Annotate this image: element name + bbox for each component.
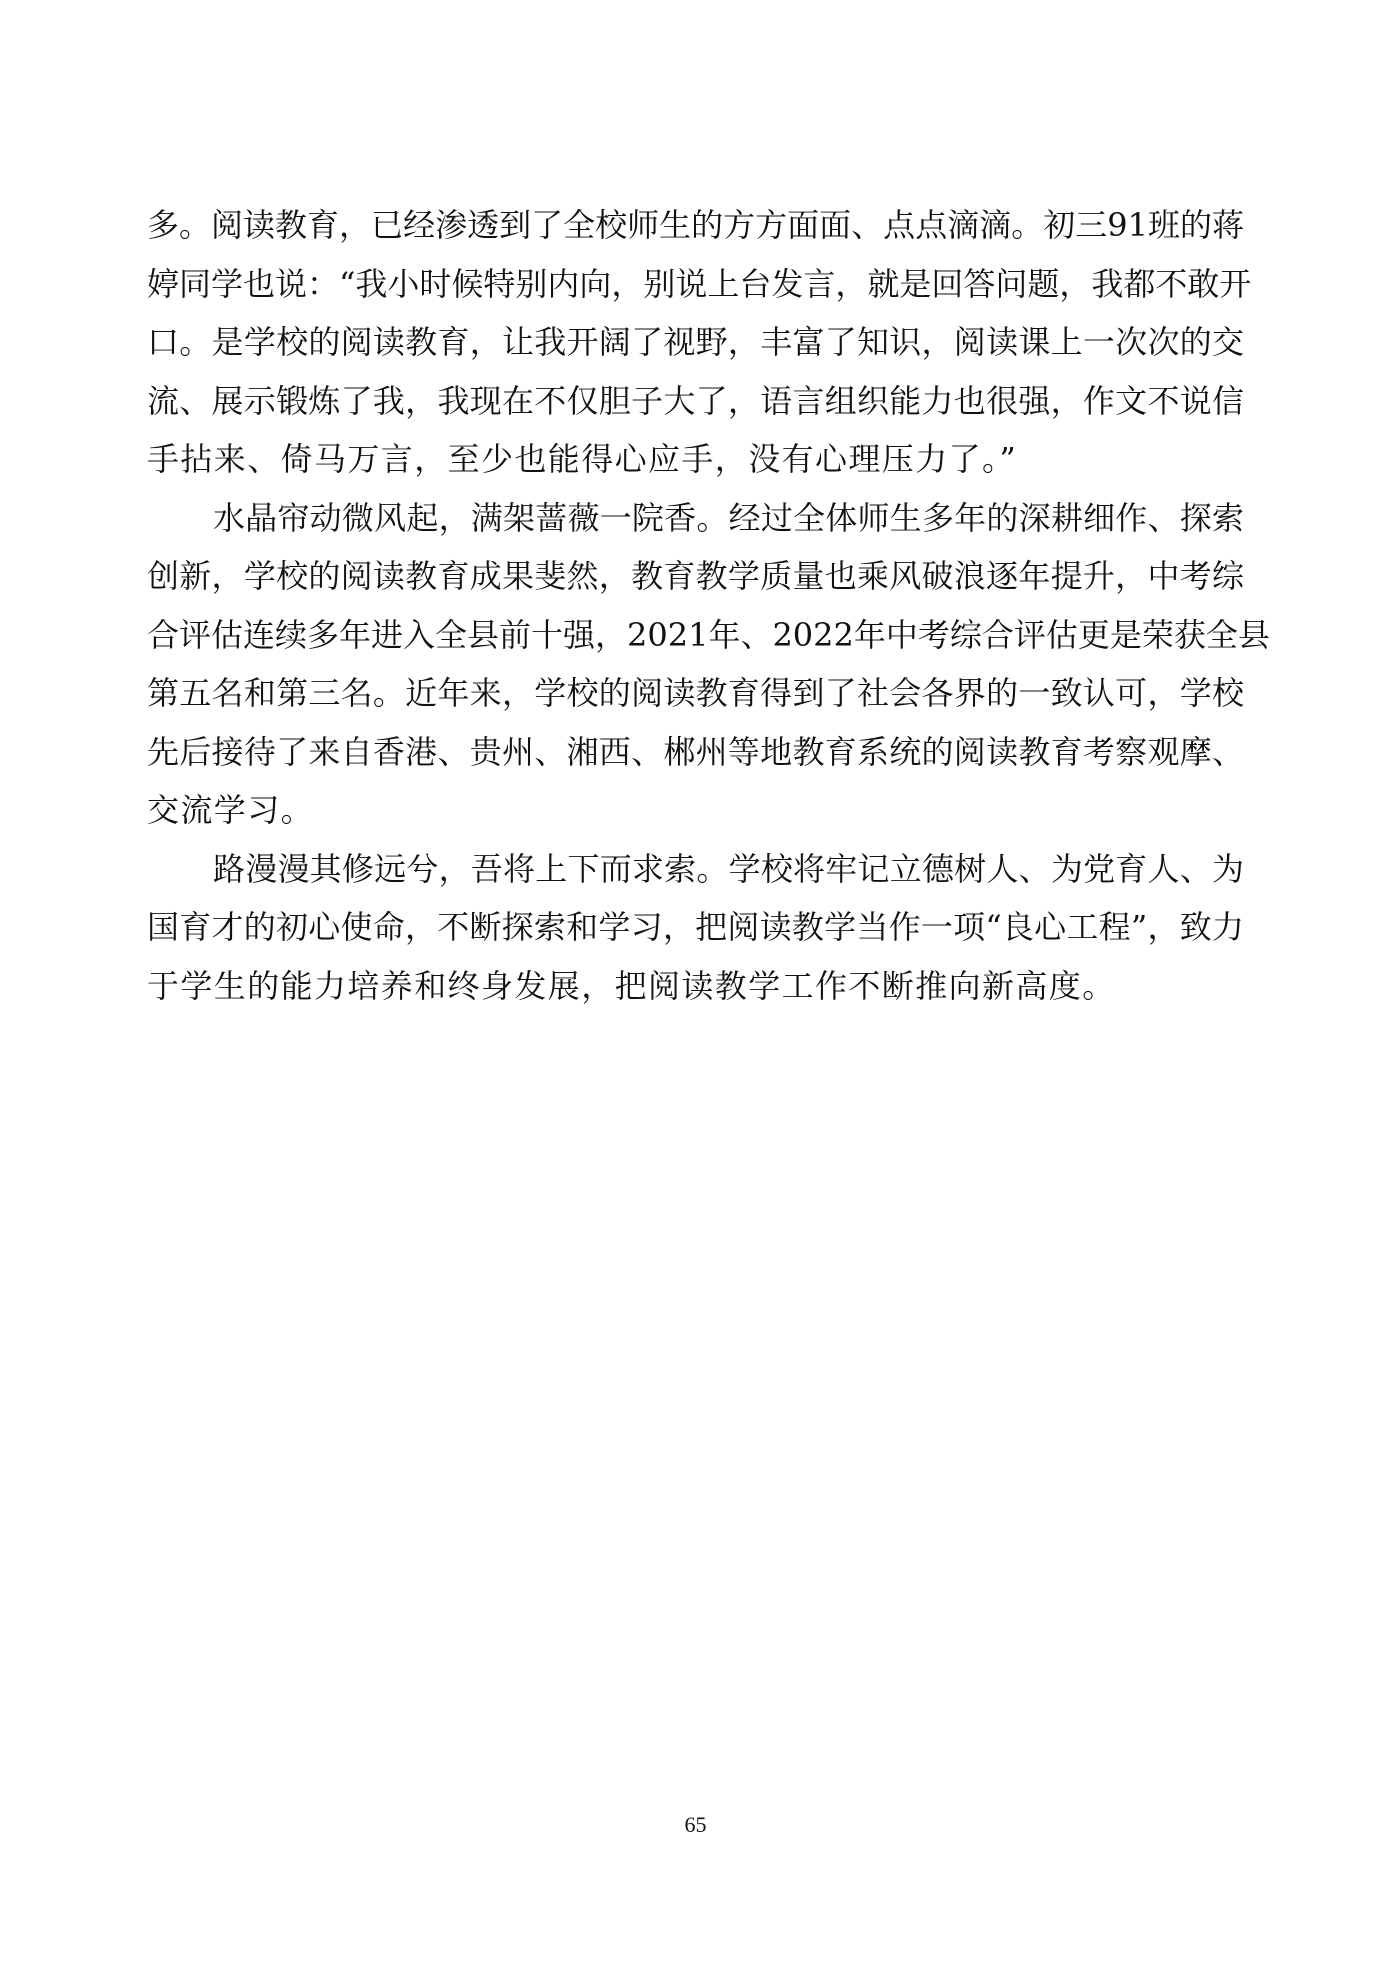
document-body: 多。阅读教育，已经渗透到了全校师生的方方面面、点点滴滴。初三91班的蒋 婷同学也… [147,196,1244,1015]
text-line: 路漫漫其修远兮，吾将上下而求索。学校将牢记立德树人、为党育人、为 [147,840,1244,899]
text-line: 先后接待了来自香港、贵州、湘西、郴州等地教育系统的阅读教育考察观摩、 [147,723,1244,782]
text-line: 交流学习。 [147,781,1244,840]
paragraph-1: 多。阅读教育，已经渗透到了全校师生的方方面面、点点滴滴。初三91班的蒋 婷同学也… [147,196,1244,489]
text-line: 于学生的能力培养和终身发展，把阅读教学工作不断推向新高度。 [147,957,1244,1016]
text-line: 流、展示锻炼了我，我现在不仅胆子大了，语言组织能力也很强，作文不说信 [147,372,1244,431]
paragraph-2: 水晶帘动微风起，满架蔷薇一院香。经过全体师生多年的深耕细作、探索 创新，学校的阅… [147,489,1244,840]
text-line: 水晶帘动微风起，满架蔷薇一院香。经过全体师生多年的深耕细作、探索 [147,489,1244,548]
text-line: 手拈来、倚马万言，至少也能得心应手，没有心理压力了。” [147,430,1244,489]
text-line: 婷同学也说：“我小时候特别内向，别说上台发言，就是回答问题，我都不敢开 [147,255,1244,314]
text-line: 国育才的初心使命，不断探索和学习，把阅读教学当作一项“良心工程”，致力 [147,898,1244,957]
text-line: 口。是学校的阅读教育，让我开阔了视野，丰富了知识，阅读课上一次次的交 [147,313,1244,372]
page-number: 65 [0,1812,1391,1838]
text-line: 合评估连续多年进入全县前十强，2021年、2022年中考综合评估更是荣获全县 [147,606,1244,665]
text-line: 第五名和第三名。近年来，学校的阅读教育得到了社会各界的一致认可，学校 [147,664,1244,723]
text-line: 创新，学校的阅读教育成果斐然，教育教学质量也乘风破浪逐年提升，中考综 [147,547,1244,606]
paragraph-3: 路漫漫其修远兮，吾将上下而求索。学校将牢记立德树人、为党育人、为 国育才的初心使… [147,840,1244,1016]
text-line: 多。阅读教育，已经渗透到了全校师生的方方面面、点点滴滴。初三91班的蒋 [147,196,1244,255]
